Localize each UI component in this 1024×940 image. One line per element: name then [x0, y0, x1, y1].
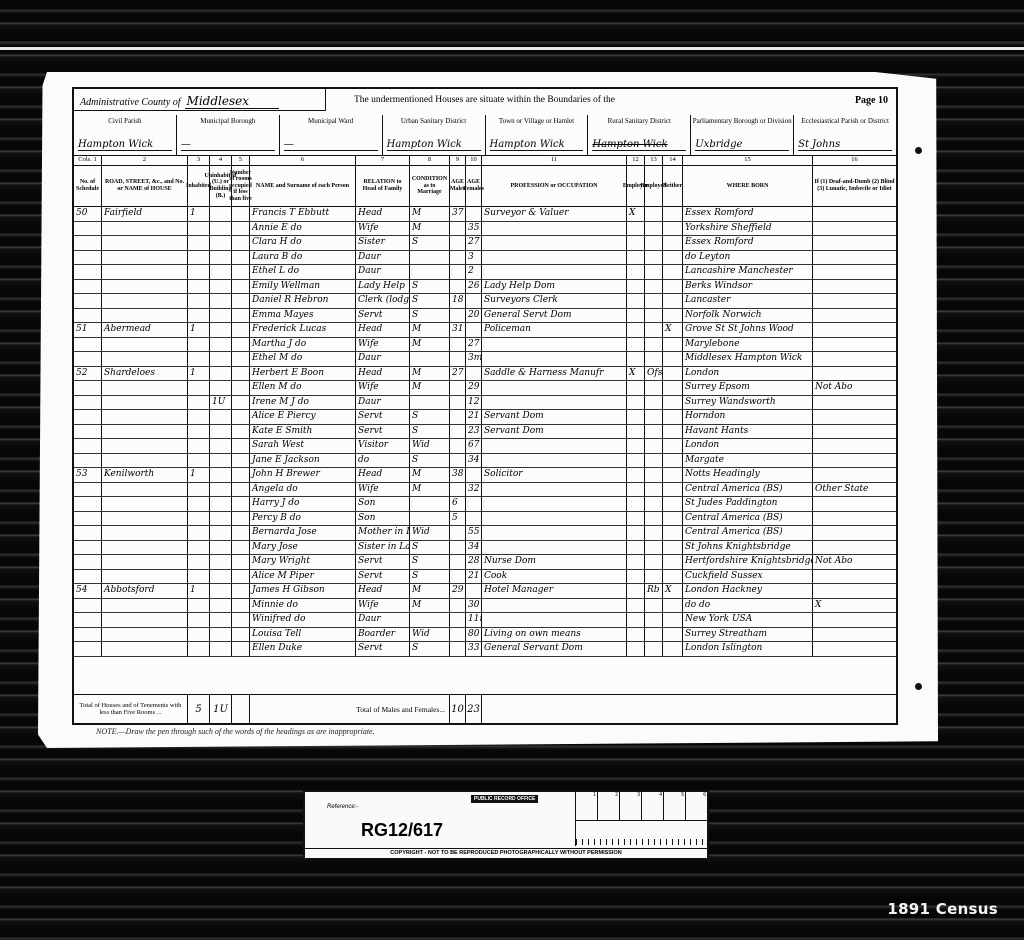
cell-inh: 1: [188, 207, 210, 221]
cell-name: Ethel M do: [250, 352, 356, 366]
cell-rooms: [232, 454, 250, 468]
cell-nei: [663, 628, 683, 642]
cell-rel: Lady Help: [356, 280, 410, 294]
cell-sched: [74, 338, 102, 352]
cell-empd: [645, 251, 663, 265]
parliamentary-borough: Parliamentary Borough or DivisionUxbridg…: [691, 115, 794, 155]
cell-f: [466, 367, 482, 381]
cell-born: Cuckfield Sussex: [683, 570, 813, 584]
cell-cond: S: [410, 541, 450, 555]
cell-unin: [210, 541, 232, 555]
cell-rel: Son: [356, 497, 410, 511]
cell-f: 20: [466, 309, 482, 323]
cell-nei: [663, 352, 683, 366]
cell-emp: [627, 425, 645, 439]
cell-emp: [627, 222, 645, 236]
cell-f: 27: [466, 236, 482, 250]
cell-empd: [645, 541, 663, 555]
cell-empd: [645, 207, 663, 221]
cell-cond: Wid: [410, 526, 450, 540]
cell-cond: M: [410, 381, 450, 395]
cell-unin: [210, 309, 232, 323]
cell-occ: [482, 381, 627, 395]
cell-empd: [645, 570, 663, 584]
cell-born: St Johns Knightsbridge: [683, 541, 813, 555]
cell-emp: [627, 352, 645, 366]
form-note: NOTE.—Draw the pen through such of the w…: [96, 727, 375, 736]
table-row: Harry J doSon6St Judes Paddington: [74, 497, 896, 512]
cell-emp: [627, 236, 645, 250]
cell-rel: Servt: [356, 309, 410, 323]
cell-inh: 1: [188, 323, 210, 337]
cell-occ: [482, 265, 627, 279]
cell-nei: [663, 367, 683, 381]
cell-empd: [645, 425, 663, 439]
cell-house: [102, 352, 188, 366]
reference-code: RG12/617: [361, 820, 443, 841]
cell-cond: S: [410, 309, 450, 323]
cell-inh: [188, 541, 210, 555]
cell-m: 38: [450, 468, 466, 482]
cell-emp: [627, 599, 645, 613]
cell-sched: [74, 410, 102, 424]
cell-inh: [188, 352, 210, 366]
cell-inh: [188, 236, 210, 250]
cell-m: [450, 338, 466, 352]
cell-unin: [210, 584, 232, 598]
cell-inh: [188, 381, 210, 395]
cell-occ: [482, 512, 627, 526]
cell-rooms: [232, 468, 250, 482]
cell-rooms: [232, 294, 250, 308]
table-row: Annie E doWifeM35Yorkshire Sheffield: [74, 222, 896, 237]
cell-sched: 52: [74, 367, 102, 381]
cell-occ: [482, 338, 627, 352]
cell-name: Daniel R Hebron: [250, 294, 356, 308]
cell-name: Alice E Piercy: [250, 410, 356, 424]
county-value: Middlesex: [185, 94, 279, 109]
cell-m: [450, 236, 466, 250]
cell-born: St Judes Paddington: [683, 497, 813, 511]
cell-rel: Clerk (lodger): [356, 294, 410, 308]
cell-inh: [188, 309, 210, 323]
cell-rel: Visitor: [356, 439, 410, 453]
cell-f: [466, 512, 482, 526]
cell-inf: [813, 396, 896, 410]
cell-occ: Hotel Manager: [482, 584, 627, 598]
census-entries: 50Fairfield1Francis T EbbuttHeadM37Surve…: [74, 207, 896, 657]
cell-rooms: [232, 280, 250, 294]
ecclesiastical-parish: Ecclesiastical Parish or DistrictSt John…: [794, 115, 896, 155]
cell-f: 21: [466, 570, 482, 584]
cell-occ: [482, 454, 627, 468]
cell-name: Mary Jose: [250, 541, 356, 555]
cell-name: Sarah West: [250, 439, 356, 453]
cell-rooms: [232, 367, 250, 381]
cell-inh: [188, 497, 210, 511]
cell-m: [450, 599, 466, 613]
table-row: Minnie doWifeM30do doX: [74, 599, 896, 614]
cell-rooms: [232, 323, 250, 337]
cell-occ: Surveyors Clerk: [482, 294, 627, 308]
cell-occ: [482, 222, 627, 236]
table-row: Clara H doSisterS27Essex Romford: [74, 236, 896, 251]
persons-total-label: Total of Males and Females...: [250, 695, 450, 723]
cell-house: [102, 222, 188, 236]
cell-cond: M: [410, 599, 450, 613]
cell-house: [102, 497, 188, 511]
cell-born: Norfolk Norwich: [683, 309, 813, 323]
cell-m: [450, 642, 466, 656]
cell-sched: [74, 265, 102, 279]
cell-occ: Servant Dom: [482, 410, 627, 424]
cell-name: James H Gibson: [250, 584, 356, 598]
cell-sched: 50: [74, 207, 102, 221]
cell-occ: Lady Help Dom: [482, 280, 627, 294]
cell-empd: [645, 352, 663, 366]
scan-line: [0, 47, 1024, 50]
cell-emp: [627, 454, 645, 468]
cell-m: 37: [450, 207, 466, 221]
cell-sched: 51: [74, 323, 102, 337]
cell-sched: [74, 294, 102, 308]
cell-sched: [74, 599, 102, 613]
cell-m: [450, 352, 466, 366]
cell-born: Berks Windsor: [683, 280, 813, 294]
cell-m: [450, 555, 466, 569]
cell-cond: S: [410, 236, 450, 250]
cell-empd: [645, 222, 663, 236]
table-row: 51Abermead1Frederick LucasHeadM31Policem…: [74, 323, 896, 338]
cell-sched: [74, 439, 102, 453]
cell-house: [102, 526, 188, 540]
cell-empd: [645, 309, 663, 323]
cell-sched: [74, 396, 102, 410]
table-row: Mary WrightServtS28Nurse DomHertfordshir…: [74, 555, 896, 570]
cell-name: Harry J do: [250, 497, 356, 511]
page-number: Page 10: [855, 95, 888, 106]
cell-emp: [627, 613, 645, 627]
table-row: Alice M PiperServtS21CookCuckfield Susse…: [74, 570, 896, 585]
cell-unin: [210, 483, 232, 497]
cell-rel: Head: [356, 584, 410, 598]
total-inhabited: 5: [188, 695, 210, 723]
cell-cond: M: [410, 584, 450, 598]
cell-born: Havant Hants: [683, 425, 813, 439]
cell-unin: [210, 236, 232, 250]
houses-total-label: Total of Houses and of Tenements with le…: [74, 695, 188, 723]
table-row: Alice E PiercyServtS21Servant DomHorndon: [74, 410, 896, 425]
cell-occ: Policeman: [482, 323, 627, 337]
cell-name: Martha J do: [250, 338, 356, 352]
cell-born: Surrey Wandsworth: [683, 396, 813, 410]
cell-inf: [813, 541, 896, 555]
cell-nei: X: [663, 584, 683, 598]
cell-sched: [74, 555, 102, 569]
town-village-hamlet: Town or Village or HamletHampton Wick: [486, 115, 589, 155]
cell-cond: M: [410, 483, 450, 497]
cell-rel: Boarder: [356, 628, 410, 642]
cell-empd: [645, 454, 663, 468]
municipal-ward: Municipal Ward—: [280, 115, 383, 155]
cell-name: Irene M J do: [250, 396, 356, 410]
cell-f: 2: [466, 265, 482, 279]
cell-emp: [627, 584, 645, 598]
cell-sched: 54: [74, 584, 102, 598]
cell-empd: [645, 628, 663, 642]
cell-empd: Ofs: [645, 367, 663, 381]
cell-inh: [188, 642, 210, 656]
cell-rooms: [232, 425, 250, 439]
cell-rooms: [232, 410, 250, 424]
cell-inf: [813, 352, 896, 366]
cell-empd: [645, 236, 663, 250]
cell-rel: Daur: [356, 352, 410, 366]
cell-inf: [813, 425, 896, 439]
cell-nei: [663, 541, 683, 555]
cell-unin: 1U: [210, 396, 232, 410]
cell-unin: [210, 497, 232, 511]
cell-empd: [645, 468, 663, 482]
total-males: 10: [450, 695, 466, 723]
cell-house: [102, 410, 188, 424]
cell-sched: [74, 381, 102, 395]
cell-born: Surrey Epsom: [683, 381, 813, 395]
cell-born: Central America (BS): [683, 483, 813, 497]
cell-unin: [210, 207, 232, 221]
cell-rel: Daur: [356, 265, 410, 279]
cell-empd: [645, 599, 663, 613]
cell-sched: 53: [74, 468, 102, 482]
cell-nei: [663, 555, 683, 569]
table-row: Emily WellmanLady HelpS26Lady Help DomBe…: [74, 280, 896, 295]
cell-nei: [663, 294, 683, 308]
cell-rel: Daur: [356, 251, 410, 265]
cell-f: 33: [466, 642, 482, 656]
cell-inf: [813, 207, 896, 221]
cell-inf: X: [813, 599, 896, 613]
cell-inf: [813, 410, 896, 424]
cell-emp: [627, 642, 645, 656]
cell-born: New York USA: [683, 613, 813, 627]
cell-occ: [482, 439, 627, 453]
cell-unin: [210, 512, 232, 526]
cell-occ: [482, 396, 627, 410]
cell-m: 29: [450, 584, 466, 598]
cell-unin: [210, 526, 232, 540]
cell-rooms: [232, 236, 250, 250]
cell-house: [102, 541, 188, 555]
cell-m: [450, 483, 466, 497]
cell-rooms: [232, 251, 250, 265]
cell-m: 6: [450, 497, 466, 511]
cell-rel: Wife: [356, 483, 410, 497]
cell-rel: Head: [356, 323, 410, 337]
cell-name: John H Brewer: [250, 468, 356, 482]
cell-inf: [813, 497, 896, 511]
cell-cond: S: [410, 555, 450, 569]
cell-name: Angela do: [250, 483, 356, 497]
cell-inh: 1: [188, 468, 210, 482]
cell-m: [450, 570, 466, 584]
cell-empd: [645, 410, 663, 424]
cell-inf: [813, 584, 896, 598]
cell-name: Annie E do: [250, 222, 356, 236]
cell-cond: M: [410, 468, 450, 482]
cell-f: [466, 584, 482, 598]
cell-inh: [188, 251, 210, 265]
table-row: Laura B doDaur3do Leyton: [74, 251, 896, 266]
cell-occ: [482, 541, 627, 555]
cell-inf: [813, 294, 896, 308]
cell-born: Essex Romford: [683, 236, 813, 250]
cell-inh: [188, 555, 210, 569]
cell-rel: Head: [356, 468, 410, 482]
cell-rooms: [232, 309, 250, 323]
cell-name: Frederick Lucas: [250, 323, 356, 337]
cell-house: [102, 628, 188, 642]
cell-unin: [210, 555, 232, 569]
cell-m: [450, 439, 466, 453]
cell-rel: Sister in Law: [356, 541, 410, 555]
cell-f: 34: [466, 541, 482, 555]
cell-empd: [645, 338, 663, 352]
cell-m: [450, 309, 466, 323]
table-row: Mary JoseSister in LawS34St Johns Knight…: [74, 541, 896, 556]
cell-inh: [188, 265, 210, 279]
cell-unin: [210, 454, 232, 468]
cell-rel: Head: [356, 207, 410, 221]
table-row: Sarah WestVisitorWid67London: [74, 439, 896, 454]
cell-f: [466, 497, 482, 511]
cell-sched: [74, 642, 102, 656]
cell-inf: [813, 309, 896, 323]
cell-house: [102, 425, 188, 439]
cell-nei: [663, 425, 683, 439]
cell-unin: [210, 628, 232, 642]
cell-occ: Surveyor & Valuer: [482, 207, 627, 221]
cell-born: London Islington: [683, 642, 813, 656]
cell-nei: [663, 280, 683, 294]
cell-inf: [813, 613, 896, 627]
cell-sched: [74, 222, 102, 236]
table-row: 50Fairfield1Francis T EbbuttHeadM37Surve…: [74, 207, 896, 222]
cell-m: 18: [450, 294, 466, 308]
civil-parish: Civil ParishHampton Wick: [74, 115, 177, 155]
cell-inf: [813, 265, 896, 279]
cell-occ: [482, 613, 627, 627]
cell-emp: [627, 381, 645, 395]
cell-rel: Sister: [356, 236, 410, 250]
cell-occ: Servant Dom: [482, 425, 627, 439]
cell-cond: [410, 512, 450, 526]
cell-inh: [188, 599, 210, 613]
cell-unin: [210, 642, 232, 656]
cell-emp: [627, 338, 645, 352]
cell-empd: [645, 497, 663, 511]
cell-cond: M: [410, 323, 450, 337]
cell-emp: [627, 628, 645, 642]
cell-rooms: [232, 439, 250, 453]
cell-rel: Mother in Law: [356, 526, 410, 540]
cell-house: [102, 381, 188, 395]
cell-emp: [627, 570, 645, 584]
table-row: Angela doWifeM32Central America (BS)Othe…: [74, 483, 896, 498]
cell-cond: S: [410, 425, 450, 439]
cell-inf: [813, 338, 896, 352]
cell-inh: [188, 570, 210, 584]
cell-empd: [645, 265, 663, 279]
cell-emp: [627, 323, 645, 337]
cell-empd: [645, 613, 663, 627]
cell-rooms: [232, 381, 250, 395]
cell-empd: [645, 294, 663, 308]
cell-emp: [627, 468, 645, 482]
cell-name: Emily Wellman: [250, 280, 356, 294]
copyright-notice: COPYRIGHT - NOT TO BE REPRODUCED PHOTOGR…: [305, 848, 707, 856]
cell-f: 67: [466, 439, 482, 453]
cell-nei: [663, 396, 683, 410]
cell-m: [450, 410, 466, 424]
cell-rooms: [232, 222, 250, 236]
cell-inh: [188, 280, 210, 294]
cell-house: [102, 439, 188, 453]
table-row: Ellen M doWifeM29Surrey EpsomNot Abo: [74, 381, 896, 396]
cell-m: [450, 526, 466, 540]
cell-rel: Son: [356, 512, 410, 526]
totals-row: Total of Houses and of Tenements with le…: [74, 694, 896, 723]
cell-f: 11m: [466, 613, 482, 627]
cell-born: Central America (BS): [683, 512, 813, 526]
cell-sched: [74, 570, 102, 584]
cell-cond: M: [410, 222, 450, 236]
punch-hole: [915, 683, 922, 690]
cell-cond: [410, 396, 450, 410]
cell-m: [450, 280, 466, 294]
cell-born: Central America (BS): [683, 526, 813, 540]
cell-nei: [663, 613, 683, 627]
cell-born: London: [683, 367, 813, 381]
cell-m: [450, 628, 466, 642]
cell-f: [466, 207, 482, 221]
cell-rooms: [232, 512, 250, 526]
cell-f: 3: [466, 251, 482, 265]
cell-f: 29: [466, 381, 482, 395]
cell-f: 34: [466, 454, 482, 468]
cell-name: Louisa Tell: [250, 628, 356, 642]
cell-cond: M: [410, 367, 450, 381]
table-row: Ethel M doDaur3mMiddlesex Hampton Wick: [74, 352, 896, 367]
cell-inf: [813, 628, 896, 642]
cell-occ: [482, 526, 627, 540]
cell-f: 3m: [466, 352, 482, 366]
cell-rooms: [232, 526, 250, 540]
municipal-borough: Municipal Borough—: [177, 115, 280, 155]
table-row: Martha J doWifeM27Marylebone: [74, 338, 896, 353]
cell-house: [102, 570, 188, 584]
cell-empd: [645, 439, 663, 453]
census-caption: 1891 Census: [887, 900, 998, 918]
cell-emp: X: [627, 207, 645, 221]
cell-house: Abermead: [102, 323, 188, 337]
total-uninhabited: 1U: [210, 695, 232, 723]
cell-house: [102, 236, 188, 250]
cell-rooms: [232, 599, 250, 613]
cell-inh: [188, 294, 210, 308]
cell-rel: Daur: [356, 613, 410, 627]
table-row: Jane E JacksondoS34Margate: [74, 454, 896, 469]
cell-inf: [813, 251, 896, 265]
